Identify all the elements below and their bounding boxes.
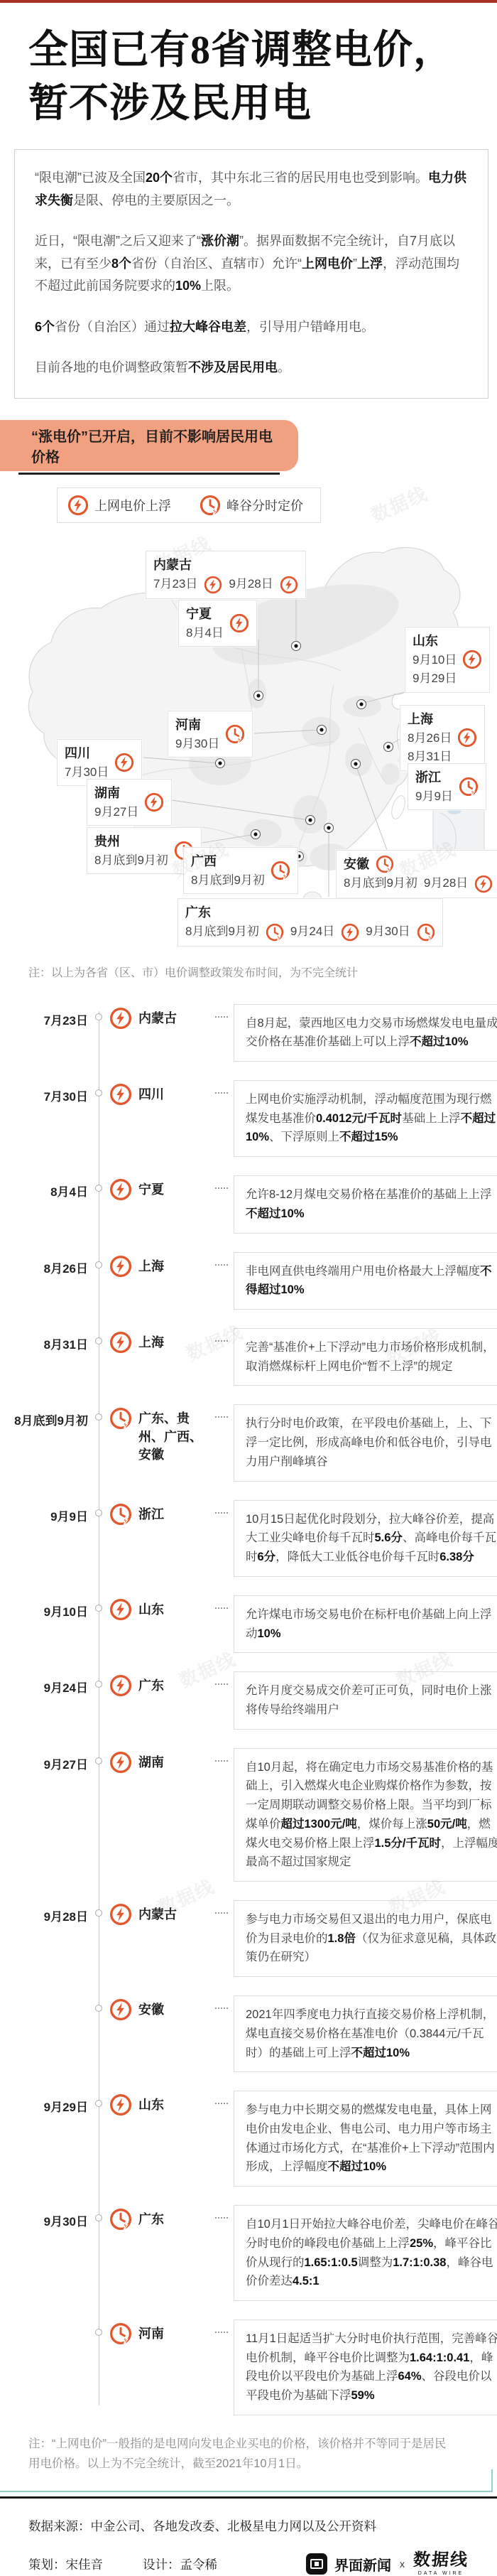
entry-date [0,2319,88,2326]
entry-province: 山东 [138,1595,214,1619]
text-run: 目前各地的电价调整政策暂 [35,360,188,374]
infographic-page: { "colors":{"accent":"#e2572b","banner_b… [0,0,497,2576]
timeline-marker [88,2205,109,2221]
label-row: 8月4日 [186,625,224,642]
policy-date: 9月28日 [424,875,468,893]
map-labels: 内蒙古7月23日9月28日宁夏8月4日山东9月10日9月29日上海8月26日8月… [0,529,497,952]
text-run: 完善“基准价+上下浮动”电力市场价格形成机制，取消燃煤标杆上网电价“暂不上浮”的… [246,1341,495,1373]
text-run: 是限、停电的主要原因之一。 [73,193,239,208]
clock-icon [109,1503,132,1526]
label-row: 上海 [408,710,452,728]
entry-province: 四川 [138,1080,214,1104]
text-run: ，煤价每上涨 [357,1818,427,1831]
credit-designer: 设计：孟令稀 [143,2555,217,2573]
title-line-1: 全国已有8省调整电价， [28,28,454,72]
clock-icon [200,495,221,516]
entry-icon-wrap [109,2091,132,2120]
entry-policy-box: 允许月度交易成交价差可正可负，同时电价上涨将传导给终端用户 [234,1671,497,1729]
entry-date: 8月4日 [0,1175,88,1200]
entry-province: 内蒙古 [138,1900,214,1924]
text-run: 、下浮原则上 [269,1131,339,1143]
legend-items: 上网电价上浮峰谷分时定价 [67,495,303,516]
province-name: 河南 [175,716,201,734]
label-row: 四川 [65,744,109,762]
text-run: 允许煤电市场交易电价在标杆电价基础上向上浮动 [246,1608,492,1640]
dotted-leader [215,1416,228,1418]
datawire-logo: 数据线 DATA WIRE [413,2552,469,2576]
emphasis-text: 20个 [146,171,173,185]
entry-date: 8月底到9月初 [0,1404,88,1428]
emphasis-text: 5.6分 [375,1531,403,1544]
text-run: 执行分时电价政策，在平段电价基础上，上、下浮一定比例，形成高峰电价和低谷电价，引… [246,1417,492,1467]
policy-date: 8月4日 [186,625,224,642]
text-run: 允许月度交易成交价差可正可负，同时电价上涨将传导给终端用户 [246,1684,492,1716]
entry-date: 8月31日 [0,1328,88,1352]
page-title: 全国已有8省调整电价， 暂不涉及民用电 [28,24,469,131]
clock-icon [459,777,479,797]
entry-policy-box: 执行分时电价政策，在平段电价基础上，上、下浮一定比例，形成高峰电价和低谷电价，引… [234,1404,497,1481]
label-row: 9月29日 [413,670,457,688]
data-source: 数据来源：中金公司、各地发改委、北极星电力网以及公开资料 [28,2517,469,2535]
china-map: 内蒙古7月23日9月28日宁夏8月4日山东9月10日9月29日上海8月26日8月… [0,529,497,952]
bolt-icon [109,1998,132,2021]
policy-date: 9月27日 [94,804,138,821]
clock-icon [109,2208,132,2231]
emphasis-text: 上浮 [357,257,383,271]
label-row: 8月底到9月初 [94,852,168,870]
bolt-icon [229,613,249,633]
clock-icon [266,923,284,942]
entry-policy-box: 11月1日起适当扩大分时电价执行范围，完善峰谷电价机制，峰平谷电价比调整为1.6… [234,2319,497,2415]
map-label-浙江: 浙江9月9日 [408,763,486,811]
label-row: 8月底到9月初9月24日9月30日 [185,923,435,942]
province-name: 内蒙古 [153,556,192,574]
entry-date [0,1995,88,2002]
timeline: 7月23日内蒙古自8月起，蒙西地区电力交易市场燃煤发电电量成交价格在基准价基础上… [0,1004,497,2415]
timeline-marker [88,1595,109,1612]
entry-province: 广东 [138,1671,214,1695]
legend-item-bolt: 上网电价上浮 [67,495,171,516]
bolt-icon [109,2093,132,2116]
bolt-icon [341,923,359,942]
entry-policy-box: 自8月起，蒙西地区电力交易市场燃煤发电电量成交价格在基准价基础上可以上浮不超过1… [234,1004,497,1062]
bolt-icon [109,1751,132,1774]
dotted-leader [215,1912,228,1914]
emphasis-text: 不超过10% [246,1207,305,1220]
timeline-marker [88,1900,109,1917]
dotted-leader [215,2008,228,2009]
province-name: 安徽 [344,855,369,873]
entry-policy-box: 非电网直供电终端用户用电价格最大上浮幅度不得超过10% [234,1252,497,1310]
timeline-entry: 7月23日内蒙古自8月起，蒙西地区电力交易市场燃煤发电电量成交价格在基准价基础上… [0,1004,497,1062]
text-run: 调整为 [358,2256,393,2269]
emphasis-text: 拉大峰谷电差 [170,320,246,334]
policy-date: 9月29日 [413,670,457,688]
emphasis-text: 8个 [111,257,131,271]
label-row: 山东 [413,632,457,650]
emphasis-text: 超过1300元/吨 [281,1818,357,1831]
province-name: 四川 [65,744,90,762]
text-run: ，降低大工业低谷电价每千瓦时 [275,1551,439,1563]
bolt-icon [114,753,134,772]
emphasis-text: 不超过15% [339,1131,398,1143]
label-row: 河南 [175,716,219,734]
entry-date: 8月26日 [0,1252,88,1276]
clock-icon [376,855,394,873]
policy-date: 8月底到9月初 [185,923,259,941]
policy-date: 8月底到9月初 [191,872,265,890]
emphasis-text: 1.8倍 [328,1932,356,1945]
province-name: 湖南 [94,784,120,802]
policy-date: 8月底到9月初 [344,875,417,893]
entry-policy-box: 允许8-12月煤电交易价格在基准价的基础上上浮不超过10% [234,1175,497,1233]
bolt-icon [109,1178,132,1201]
entry-policy-box: 自10月1日开始拉大峰谷电价差，尖峰电价在峰谷分时电价的峰段电价基础上上浮25%… [234,2205,497,2301]
timeline-entry: 9月28日内蒙古参与电力市场交易但又退出的电力用户，保底电价为目录电价的1.8倍… [0,1900,497,1977]
footer: 数据来源：中金公司、各地发改委、北极星电力网以及公开资料 策划：宋佳音 设计：孟… [0,2499,497,2576]
emphasis-text: 6分 [258,1551,276,1563]
legend-item-clock: 峰谷分时定价 [200,495,303,516]
text-run: ，引导用户错峰用电。 [246,320,374,334]
clock-icon [417,923,435,942]
map-label-宁夏: 宁夏8月4日 [178,600,257,647]
timeline-marker [88,1748,109,1764]
province-name: 浙江 [415,768,441,787]
entry-icon-wrap [109,1595,132,1624]
bolt-icon [462,650,482,669]
timeline-entry: 8月31日上海完善“基准价+上下浮动”电力市场价格形成机制，取消燃煤标杆上网电价… [0,1328,497,1386]
entry-date: 9月28日 [0,1900,88,1924]
emphasis-text: 1.64:1:0.41 [410,2351,469,2364]
label-row: 9月30日 [175,735,219,753]
dotted-leader [215,2103,228,2104]
emphasis-text: 不涉及居民用电 [188,360,278,374]
label-row: 安徽 [344,855,493,873]
dotted-leader [215,1340,228,1342]
timeline-marker [88,2091,109,2107]
intro-paragraph-4: 目前各地的电价调整政策暂不涉及居民用电。 [35,357,468,379]
emphasis-text: 1.7:1:0.38 [393,2256,446,2269]
entry-date: 9月29日 [0,2091,88,2115]
dotted-leader [215,1512,228,1514]
entry-icon-wrap [109,1080,132,1109]
policy-date: 8月26日 [408,730,452,748]
legend-label: 峰谷分时定价 [226,496,303,514]
dotted-leader [215,1760,228,1762]
timeline-note: 注：“上网电价”一般指的是电网向发电企业买电的价格，该价格并不等同于是居民用电价… [28,2434,454,2474]
bolt-icon [109,1007,132,1030]
entry-policy-box: 完善“基准价+上下浮动”电力市场价格形成机制，取消燃煤标杆上网电价“暂不上浮”的… [234,1328,497,1386]
jiemian-logo-icon [306,2553,327,2575]
entry-date: 9月9日 [0,1500,88,1524]
clock-icon [109,1407,132,1430]
policy-date: 8月底到9月初 [94,852,168,870]
entry-date: 9月27日 [0,1748,88,1772]
entry-date: 7月23日 [0,1004,88,1028]
entry-policy-box: 2021年四季度电力执行直接交易价格上浮机制，煤电直接交易价格在基准电价（0.3… [234,1995,497,2072]
entry-icon-wrap [109,1175,132,1205]
province-name: 宁夏 [186,605,212,623]
entry-province: 安徽 [138,1995,214,2019]
bolt-icon [280,576,298,594]
entry-icon-wrap [109,1995,132,2025]
timeline-entry: 7月30日四川上网电价实施浮动机制，浮动幅度范围为现行燃煤发电基准价0.4012… [0,1080,497,1157]
province-name: 贵州 [94,832,120,851]
entry-policy-box: 10月15日起优化时段划分，拉大峰谷价差，提高大工业尖峰电价每千瓦时5.6分、高… [234,1500,497,1577]
province-name: 上海 [408,710,433,728]
emphasis-text: 4.5:1 [293,2275,319,2287]
policy-date: 9月30日 [366,923,410,941]
emphasis-text: 不超过10% [351,2047,410,2059]
label-row: 7月23日9月28日 [153,576,298,594]
entry-province: 宁夏 [138,1175,214,1199]
timeline-entry: 9月24日广东允许月度交易成交价差可正可负，同时电价上涨将传导给终端用户 [0,1671,497,1729]
dotted-leader [215,1016,228,1018]
emphasis-text: 64% [398,2370,422,2383]
emphasis-text: 10% [258,1627,281,1640]
label-row: 内蒙古 [153,556,298,574]
entry-policy-box: 自10月起，将在确定电力市场交易基准价格的基础上，引入燃煤火电企业购煤价格作为参… [234,1748,497,1882]
entry-province: 内蒙古 [138,1004,214,1028]
watermark: 数据线 [366,480,432,528]
emphasis-text: 不超过10% [410,1035,469,1048]
entry-province: 上海 [138,1328,214,1352]
policy-date: 9月28日 [229,576,273,593]
brand-logos: 界面新闻 x 数据线 DATA WIRE [306,2552,469,2576]
text-run: 非电网直供电终端用户用电价格最大上浮幅度 [246,1265,480,1278]
intro-paragraph-1: “限电潮”已波及全国20个省市，其中东北三省的居民用电也受到影响。电力供求失衡是… [35,167,468,212]
timeline-entry: 9月29日山东参与电力中长期交易的燃煤发电电量，具体上网电价由发电企业、售电公司… [0,2091,497,2187]
label-row: 广西 [191,852,265,871]
label-row: 广东 [185,903,435,922]
map-label-广西: 广西8月底到9月初 [183,847,298,895]
timeline-marker [88,1080,109,1096]
policy-date: 9月10日 [413,652,457,669]
entry-province: 浙江 [138,1500,214,1524]
emphasis-text: 6.38分 [439,1551,474,1563]
intro-box: “限电潮”已波及全国20个省市，其中东北三省的居民用电也受到影响。电力供求失衡是… [14,149,488,399]
section-banner: “涨电价”已开启，目前不影响居民用电价格 [0,420,298,475]
label-row: 9月9日 [415,788,453,806]
label-row: 8月26日 [408,730,452,748]
map-label-广东: 广东8月底到9月初9月24日9月30日 [177,898,443,947]
cross-mark: x [400,2558,405,2570]
emphasis-text: 6个 [35,320,55,334]
clock-icon [225,724,245,744]
entry-icon-wrap [109,1900,132,1929]
entry-province: 湖南 [138,1748,214,1772]
bolt-icon [109,1083,132,1106]
entry-policy-box: 参与电力市场交易但又退出的电力用户，保底电价为目录电价的1.8倍（仅为征求意见稿… [234,1900,497,1977]
timeline-marker [88,2319,109,2336]
label-row: 9月27日 [94,804,138,821]
text-run: 省份（自治区）通过 [55,320,170,334]
text-run: 。 [278,360,290,374]
emphasis-text: 50元/吨 [427,1818,467,1831]
entry-icon-wrap [109,1328,132,1357]
label-row: 8月底到9月初9月28日 [344,875,493,893]
timeline-marker [88,1328,109,1344]
text-run: 省份（自治区、直辖市）允许“ [131,257,302,271]
timeline-marker [88,1404,109,1421]
emphasis-text: 25% [410,2237,433,2250]
text-run: 基础上上浮 [402,1112,461,1125]
entry-policy-box: 允许煤电市场交易电价在标杆电价基础上向上浮动10% [234,1595,497,1653]
dotted-leader [215,1607,228,1609]
bolt-icon [474,875,493,893]
timeline-marker [88,1004,109,1020]
timeline-entry: 河南11月1日起适当扩大分时电价执行范围，完善峰谷电价机制，峰平谷电价比调整为1… [0,2319,497,2415]
timeline-marker [88,1175,109,1192]
province-name: 广西 [191,852,217,871]
text-run: 省市，其中东北三省的居民用电也受到影响。 [173,171,428,185]
bolt-icon [204,576,222,594]
footer-divider [0,2491,497,2499]
intro-paragraph-2: 近日，“限电潮”之后又迎来了“涨价潮”。据界面数据不完全统计，自7月底以来，已有… [35,230,468,298]
entry-icon-wrap [109,1252,132,1281]
text-run: 允许8-12月煤电交易价格在基准价的基础上上浮 [246,1188,492,1201]
emphasis-text: 不超过10% [328,2160,387,2173]
timeline-entry: 8月4日宁夏允许8-12月煤电交易价格在基准价的基础上上浮不超过10% [0,1175,497,1233]
entry-province: 广东 [138,2205,214,2229]
timeline-entry: 9月10日山东允许煤电市场交易电价在标杆电价基础上向上浮动10% [0,1595,497,1653]
clock-icon [271,861,290,880]
datawire-logo-text: 数据线 [413,2552,469,2569]
label-row: 湖南 [94,784,138,802]
entry-date: 9月10日 [0,1595,88,1620]
text-run: “限电潮”已波及全国 [35,171,146,185]
label-row: 宁夏 [186,605,224,623]
bolt-icon [109,1331,132,1354]
emphasis-text: 0.4012元/千瓦时 [316,1112,402,1125]
emphasis-text: 涨价潮 [201,234,239,248]
policy-date: 9月24日 [290,923,334,941]
entry-icon-wrap [109,1671,132,1701]
dotted-leader [215,1187,228,1189]
entry-province: 河南 [138,2319,214,2343]
emphasis-text: 1.5分/千瓦时 [375,1837,442,1850]
map-label-河南: 河南9月30日 [168,711,253,758]
bolt-icon [457,728,477,748]
emphasis-text: 上网电价 [302,257,353,271]
timeline-entries: 7月23日内蒙古自8月起，蒙西地区电力交易市场燃煤发电电量成交价格在基准价基础上… [0,1004,497,2415]
bolt-icon [109,1255,132,1278]
dotted-leader [215,1264,228,1266]
entry-province: 山东 [138,2091,214,2114]
map-label-内蒙古: 内蒙古7月23日9月28日 [146,551,306,599]
teal-rule [0,2491,493,2492]
province-name: 山东 [413,632,438,650]
timeline-entry: 8月26日上海非电网直供电终端用户用电价格最大上浮幅度不得超过10% [0,1252,497,1310]
jiemian-logo-text: 界面新闻 [334,2554,391,2575]
text-run: 上限。 [201,279,239,293]
label-row: 浙江 [415,768,453,787]
bolt-icon [144,792,164,812]
timeline-marker [88,1252,109,1268]
timeline-marker [88,1671,109,1688]
bolt-icon [109,1674,132,1697]
timeline-entry: 9月30日广东自10月1日开始拉大峰谷电价差，尖峰电价在峰谷分时电价的峰段电价基… [0,2205,497,2301]
intro-paragraph-3: 6个省份（自治区）通过拉大峰谷电差，引导用户错峰用电。 [35,316,468,339]
entry-date: 9月24日 [0,1671,88,1696]
emphasis-text: 10% [175,279,201,293]
timeline-entry: 8月底到9月初广东、贵州、广西、安徽执行分时电价政策，在平段电价基础上，上、下浮… [0,1404,497,1481]
entry-icon-wrap [109,2205,132,2234]
dotted-leader [215,2332,228,2333]
timeline-entry: 9月9日浙江10月15日起优化时段划分，拉大峰谷价差，提高大工业尖峰电价每千瓦时… [0,1500,497,1577]
map-note: 注：以上为各省（区、市）电价调整政策发布时间，为不完全统计 [28,964,497,980]
bolt-icon [109,1598,132,1621]
legend-label: 上网电价上浮 [94,496,171,514]
label-row: 贵州 [94,832,168,851]
timeline-marker [88,1995,109,2012]
entry-policy-box: 上网电价实施浮动机制，浮动幅度范围为现行燃煤发电基准价0.4012元/千瓦时基础… [234,1080,497,1157]
map-legend: 上网电价上浮峰谷分时定价 [57,487,321,523]
title-line-2: 暂不涉及民用电 [28,82,312,126]
entry-icon-wrap [109,2319,132,2349]
entry-province: 上海 [138,1252,214,1276]
section-banner-text: “涨电价”已开启，目前不影响居民用电价格 [0,420,298,471]
map-label-上海: 上海8月26日8月31日 [400,705,485,771]
banner-underline [18,473,280,475]
entry-policy-box: 参与电力中长期交易的燃煤发电电量，具体上网电价由发电企业、售电公司、电力用户等市… [234,2091,497,2187]
province-name: 广东 [185,903,211,922]
policy-date: 9月30日 [175,735,219,753]
policy-date: 9月9日 [415,788,453,806]
emphasis-text: 59% [351,2389,375,2402]
emphasis-text: 1.65:1:0.5 [305,2256,358,2269]
entry-icon-wrap [109,1404,132,1433]
dotted-leader [215,1683,228,1685]
bolt-icon [67,495,89,516]
entry-province: 广东、贵州、广西、安徽 [138,1404,214,1464]
label-row: 9月10日 [413,652,457,669]
map-label-山东: 山东9月10日9月29日 [405,627,490,693]
teal-corner [491,2469,493,2491]
top-red-bar [0,0,497,3]
dotted-leader [215,2217,228,2219]
entry-icon-wrap [109,1500,132,1529]
dotted-leader [215,1092,228,1094]
text-run: 近日，“限电潮”之后又迎来了“ [35,234,201,248]
timeline-marker [88,1500,109,1516]
black-rule [0,2496,497,2499]
clock-icon [109,2322,132,2345]
policy-date: 7月23日 [153,576,197,593]
credit-planner: 策划：宋佳音 [28,2555,103,2573]
map-label-安徽: 安徽8月底到9月初9月28日 [336,850,497,898]
map-label-湖南: 湖南9月27日 [87,779,172,826]
datawire-logo-sub: DATA WIRE [418,2571,464,2576]
entry-date: 9月30日 [0,2205,88,2229]
bolt-icon [109,1903,132,1926]
entry-date: 7月30日 [0,1080,88,1104]
entry-icon-wrap [109,1004,132,1033]
timeline-entry: 9月27日湖南自10月起，将在确定电力市场交易基准价格的基础上，引入燃煤火电企业… [0,1748,497,1882]
entry-icon-wrap [109,1748,132,1777]
label-row: 8月底到9月初 [191,872,265,890]
timeline-entry: 安徽2021年四季度电力执行直接交易价格上浮机制，煤电直接交易价格在基准电价（0… [0,1995,497,2072]
